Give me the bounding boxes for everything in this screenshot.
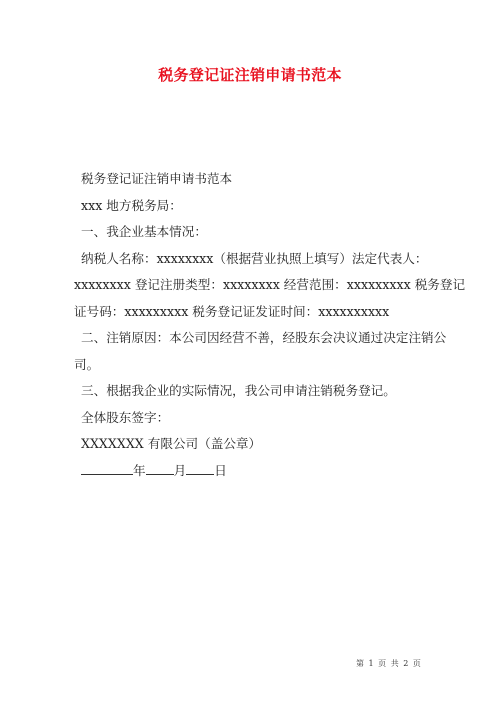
month-blank xyxy=(146,462,174,475)
date-line: 年月日 xyxy=(74,458,430,485)
page-indicator: 第 1 页 共 2 页 xyxy=(356,659,422,668)
company-seal-line: XXXXXXX 有限公司（盖公章） xyxy=(74,431,430,458)
day-blank xyxy=(186,462,214,475)
month-label: 月 xyxy=(174,463,187,478)
subtitle-paragraph: 税务登记证注销申请书范本 xyxy=(74,166,430,193)
taxpayer-info-line-1: 纳税人名称：xxxxxxxx（根据营业执照上填写）法定代表人： xyxy=(74,246,430,273)
taxpayer-info-line-3: 证号码：xxxxxxxxx 税务登记证发证时间：xxxxxxxxxx xyxy=(74,299,430,326)
page-footer: 第 1 页 共 2 页 xyxy=(356,658,422,669)
document-page: 税务登记证注销申请书范本 税务登记证注销申请书范本 xxx 地方税务局： 一、我… xyxy=(0,0,500,708)
document-body: 税务登记证注销申请书范本 xxx 地方税务局： 一、我企业基本情况： 纳税人名称… xyxy=(74,166,430,484)
cancellation-reason-line-1: 二、注销原因：本公司因经营不善，经股东会决议通过决定注销公 xyxy=(74,325,430,352)
document-title-text: 税务登记证注销申请书范本 xyxy=(158,66,342,84)
day-label: 日 xyxy=(214,463,227,478)
year-blank xyxy=(81,462,133,475)
year-label: 年 xyxy=(133,463,146,478)
section-one-heading: 一、我企业基本情况： xyxy=(74,219,430,246)
taxpayer-info-line-2: xxxxxxxx 登记注册类型：xxxxxxxx 经营范围：xxxxxxxxx … xyxy=(74,272,430,299)
addressee-paragraph: xxx 地方税务局： xyxy=(74,193,430,220)
section-three-paragraph: 三、根据我企业的实际情况，我公司申请注销税务登记。 xyxy=(74,378,430,405)
cancellation-reason-line-2: 司。 xyxy=(74,352,430,379)
shareholder-signature-label: 全体股东签字： xyxy=(74,405,430,432)
document-title: 税务登记证注销申请书范本 xyxy=(0,64,500,85)
